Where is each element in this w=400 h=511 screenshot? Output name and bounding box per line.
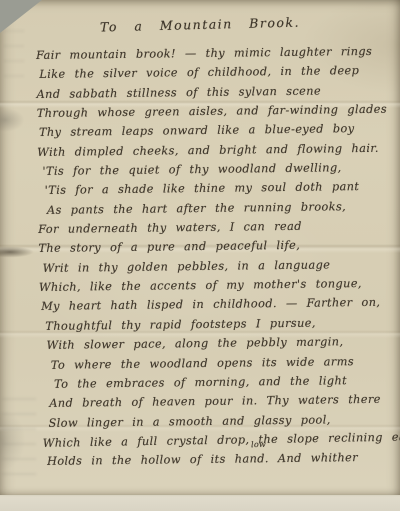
manuscript-paper: To a Mountain Brook. Fair mountain brook… — [0, 0, 400, 495]
poem-title: To a Mountain Brook. — [0, 12, 400, 37]
ink-bleedthrough-smudge — [2, 398, 36, 478]
ink-bleedthrough-smudge — [4, 30, 24, 80]
poem-body: Fair mountain brook! — thy mimic laughte… — [36, 45, 400, 475]
interlinear-insertion: low — [251, 440, 266, 450]
manuscript-photo: To a Mountain Brook. Fair mountain brook… — [0, 0, 400, 511]
